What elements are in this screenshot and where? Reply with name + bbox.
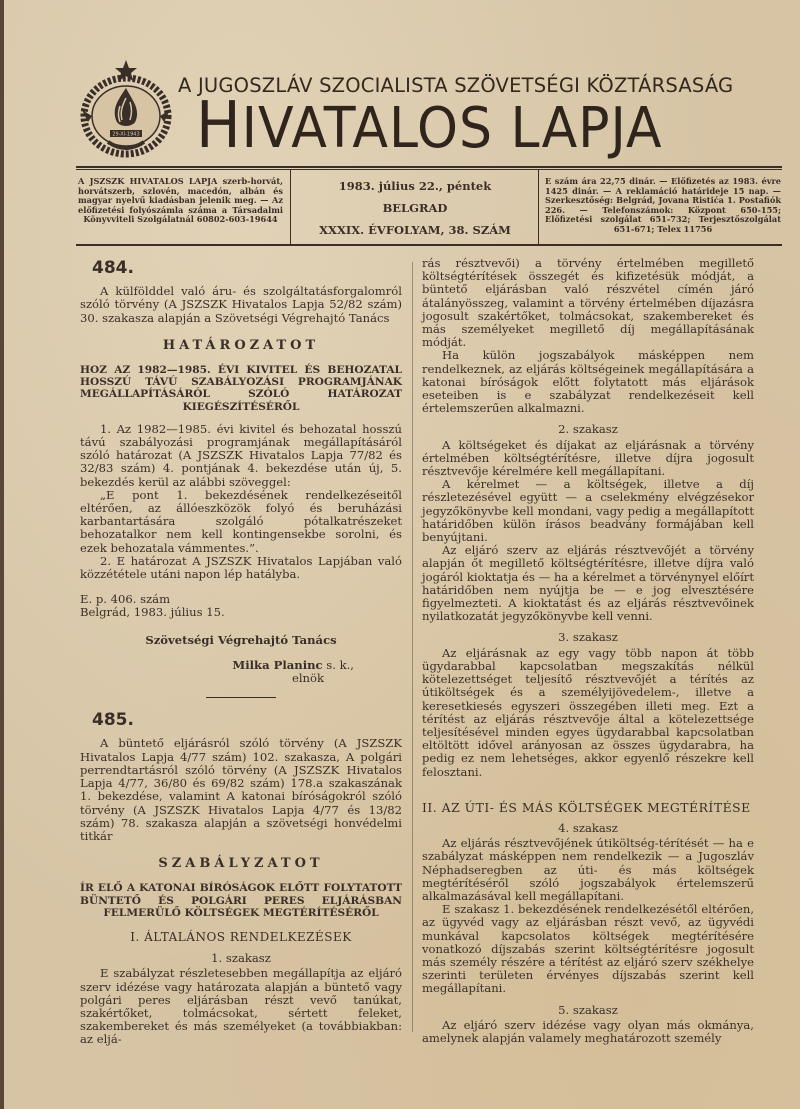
act485-title: ÍR ELŐ A KATONAI BÍRÓSÁGOK ELŐTT FOLYTAT…	[80, 882, 402, 919]
section-4-paragraph-1: Az eljárás résztvevőjének útiköltség-tér…	[422, 837, 754, 903]
info-divider-1	[290, 170, 291, 244]
section-3-paragraph-1: Az eljárásnak az egy vagy több napon át …	[422, 647, 754, 779]
act484-point2: 2. E határozat A JSZSZK Hivatalos Lapjáb…	[80, 555, 402, 581]
section-1-paragraph-1-start: E szabályzat részletesebben megállapítja…	[80, 967, 402, 1046]
chapter-1-heading: I. ÁLTALÁNOS RENDELKEZÉSEK	[80, 931, 402, 944]
signer-suffix: s. k.,	[326, 658, 354, 672]
act484-signing-body: Szövetségi Végrehajtó Tanács	[80, 634, 402, 647]
info-divider-2	[538, 170, 539, 244]
page-edge	[0, 0, 4, 1109]
act484-preamble: A külfölddel való áru- és szolgáltatásfo…	[80, 285, 402, 325]
masthead-rule-bottom	[76, 244, 782, 246]
masthead-title-rest: IVATALOS LAPJA	[242, 96, 663, 161]
act-number-484: 484.	[92, 262, 402, 275]
left-column: 484. A külfölddel való áru- és szolgálta…	[80, 262, 402, 1047]
section-5-label: 5. szakasz	[422, 1004, 754, 1017]
issue-number: XXXIX. ÉVFOLYAM, 38. SZÁM	[300, 219, 530, 241]
masthead-rule-top-2	[76, 169, 782, 170]
price-contact-info: E szám ára 22,75 dinár. — Előfizetés az …	[545, 177, 781, 235]
masthead-title-initial: H	[196, 89, 242, 163]
act484-quote: „E pont 1. bekezdésének rendelkezéseitől…	[80, 489, 402, 555]
issue-date: 1983. július 22., péntek	[300, 175, 530, 197]
act-number-485: 485.	[92, 714, 402, 727]
issue-info: 1983. július 22., péntek BELGRAD XXXIX. …	[300, 175, 530, 241]
section-1-paragraph-2: Ha külön jogszabályok másképpen nem rend…	[422, 349, 754, 415]
column-divider	[412, 262, 413, 1032]
section-2-paragraph-2: A kérelmet — a költségek, illetve a díj …	[422, 478, 754, 544]
section-1-label: 1. szakasz	[80, 952, 402, 965]
right-column: rás résztvevői) a törvény értelmében meg…	[422, 257, 754, 1045]
section-1-paragraph-1-end: rás résztvevői) a törvény értelmében meg…	[422, 257, 754, 349]
section-5-paragraph-1: Az eljáró szerv idézése vagy olyan más o…	[422, 1019, 754, 1045]
act-separator	[206, 697, 276, 698]
masthead-rule-top	[76, 166, 782, 168]
act484-point1: 1. Az 1982—1985. évi kivitel és behozata…	[80, 423, 402, 489]
act485-preamble: A büntető eljárásról szóló törvény (A JS…	[80, 737, 402, 843]
act485-decision-word: SZABÁLYZATOT	[80, 857, 402, 870]
issue-city: BELGRAD	[300, 197, 530, 219]
masthead-title: HIVATALOS LAPJA	[196, 96, 735, 159]
newspaper-page: 29-XI-1943 A JUGOSZLÁV SZOCIALISTA SZÖVE…	[0, 0, 800, 1109]
section-4-paragraph-2: E szakasz 1. bekezdésének rendelkezésétő…	[422, 903, 754, 995]
coat-of-arms-icon: 29-XI-1943	[74, 58, 178, 162]
publication-info: A JSZSZK HIVATALOS LAPJA szerb-horvát, h…	[78, 177, 283, 225]
act484-title: HOZ AZ 1982—1985. ÉVI KIVITEL ÉS BEHOZAT…	[80, 364, 402, 413]
signer-name: Milka Planinc	[232, 658, 322, 672]
act484-place-date: Belgrád, 1983. július 15.	[80, 606, 402, 619]
chapter-2-heading: II. AZ ÚTI- ÉS MÁS KÖLTSÉGEK MEGTÉRÍTÉSE	[422, 801, 754, 814]
section-3-label: 3. szakasz	[422, 631, 754, 644]
section-4-label: 4. szakasz	[422, 822, 754, 835]
act484-signer-role: elnök	[80, 672, 324, 685]
section-2-paragraph-3: Az eljáró szerv az eljárás résztvevőjét …	[422, 544, 754, 623]
svg-text:29-XI-1943: 29-XI-1943	[112, 132, 139, 138]
section-2-label: 2. szakasz	[422, 423, 754, 436]
section-2-paragraph-1: A költségeket és díjakat az eljárásnak a…	[422, 439, 754, 479]
masthead-supertitle: A JUGOSZLÁV SZOCIALISTA SZÖVETSÉGI KÖZTÁ…	[178, 74, 778, 97]
act484-decision-word: HATÁROZATOT	[80, 339, 402, 352]
